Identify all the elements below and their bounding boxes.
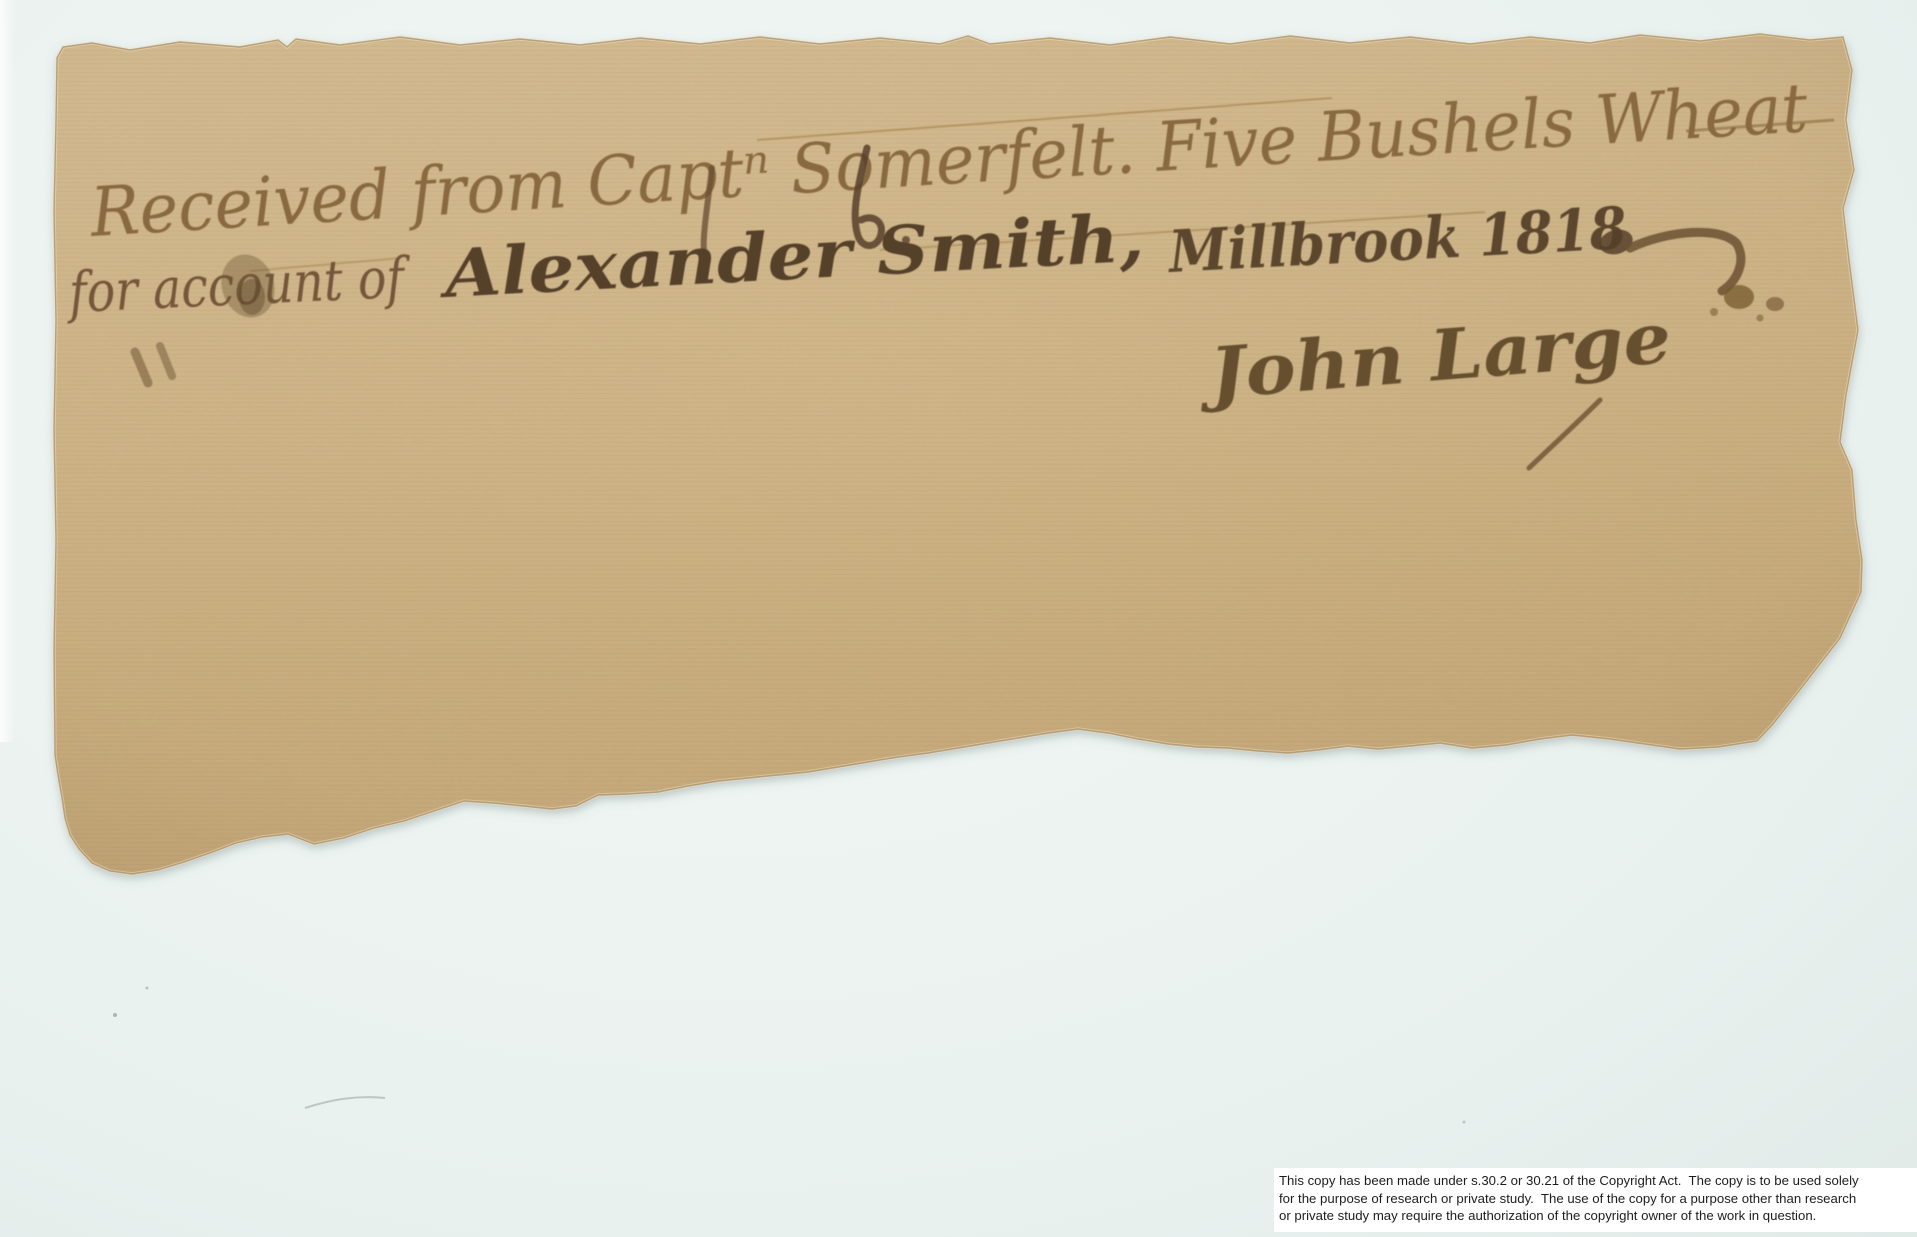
copyright-line-3: or private study may require the authori… [1279, 1207, 1917, 1225]
scanned-page: Received from Captⁿ Somerfelt. Five Bush… [0, 0, 1917, 1237]
ink-smudge-inner [239, 279, 265, 315]
ink-speck-1 [1710, 308, 1718, 316]
ink-speck-2 [1757, 315, 1764, 322]
receipt-scan-graphic: Received from Captⁿ Somerfelt. Five Bush… [0, 0, 1917, 1237]
copyright-line-2: for the purpose of research or private s… [1279, 1190, 1917, 1208]
background-specks [113, 987, 1466, 1124]
dust-speck-1 [113, 1013, 117, 1017]
dust-speck-3 [1463, 1121, 1466, 1124]
copyright-line-1: This copy has been made under s.30.2 or … [1279, 1172, 1917, 1190]
copyright-notice: This copy has been made under s.30.2 or … [1274, 1168, 1917, 1232]
hair-fiber [305, 1097, 385, 1108]
ink-blot-large [1724, 285, 1754, 309]
ink-blot-small [1766, 297, 1784, 311]
dust-speck-2 [146, 987, 149, 990]
